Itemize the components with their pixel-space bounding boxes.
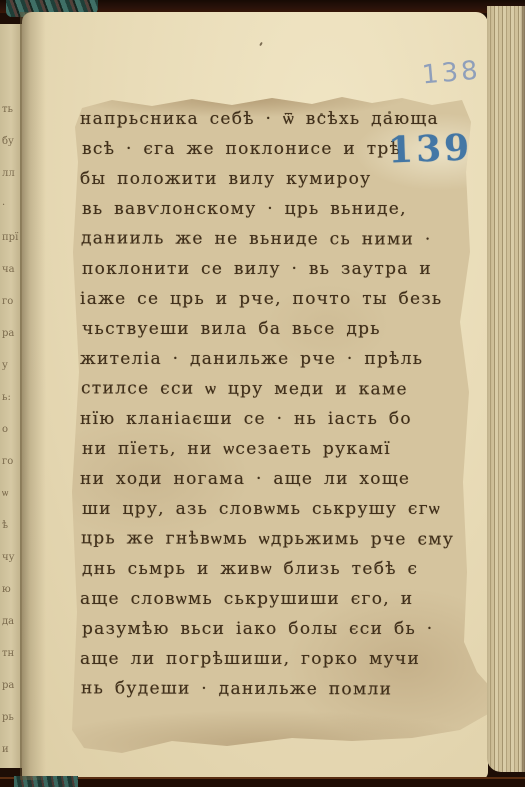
facing-page-edge: ть бу лл · прї ча го ра у ь: о го ѡ ѣ чу…	[0, 24, 22, 768]
manuscript-line: данииль же не вьниде сь ними ·	[81, 223, 485, 254]
ink-dot	[259, 42, 263, 46]
mounted-parchment-fragment: напрьсника себѣ · ѿ всѣхь дающа всѣ · єг…	[68, 92, 500, 758]
manuscript-text-block: напрьсника себѣ · ѿ всѣхь дающа всѣ · єг…	[80, 104, 485, 704]
manuscript-line: нїю кланіаєши се · нь іасть бо	[80, 404, 485, 434]
manuscript-line: ни ходи ногама · аще ли хоще	[80, 464, 485, 494]
manuscript-line: днь сьмрь и живѡ близь тебѣ є	[82, 554, 485, 584]
manuscript-line: аще словѡмь ськрушиши єго, и	[80, 584, 485, 614]
fore-edge-page-stack	[487, 6, 525, 772]
manuscript-line: іаже се црь и рче, почто ты безь	[80, 284, 485, 314]
ink-dot	[388, 111, 391, 114]
manuscript-line: разумѣю вьси іако болы єси бь ·	[82, 614, 485, 644]
book-cover-bottom-edge	[0, 777, 525, 787]
folio-number-pencil: 138	[421, 56, 482, 91]
manuscript-line: аще ли погрѣшиши, горко мучи	[80, 644, 485, 674]
manuscript-line: ши цру, азь словѡмь ськрушу єгѡ	[82, 494, 485, 524]
facing-page-partial-letters: ть бу лл · прї ча го ра у ь: о го ѡ ѣ чу…	[2, 94, 22, 766]
headband-bottom-icon	[14, 776, 78, 787]
manuscript-page: напрьсника себѣ · ѿ всѣхь дающа всѣ · єг…	[22, 12, 488, 780]
manuscript-line: стилсе єси ѡ цру меди и каме	[81, 373, 485, 404]
fore-edge-shadow	[520, 6, 525, 772]
manuscript-line: нь будеши · данильже помли	[81, 673, 485, 704]
manuscript-line: чьствуеши вила ба вьсе дрь	[82, 314, 485, 344]
manuscript-line: ни пїеть, ни ѡсезаеть рукамї	[82, 434, 485, 464]
book-photo: ть бу лл · прї ча го ра у ь: о го ѡ ѣ чу…	[0, 0, 525, 787]
ink-dot	[320, 113, 323, 116]
manuscript-line: жителіа · данильже рче · прѣль	[80, 344, 485, 374]
manuscript-line: црь же гнѣвѡмь ѡдрьжимь рче єму	[81, 523, 485, 554]
folio-number-stamp: 139	[387, 127, 473, 172]
manuscript-line: вь вавѵлонскому · црь вьниде,	[82, 194, 485, 224]
manuscript-line: поклонити се вилу · вь заутра и	[82, 254, 485, 284]
